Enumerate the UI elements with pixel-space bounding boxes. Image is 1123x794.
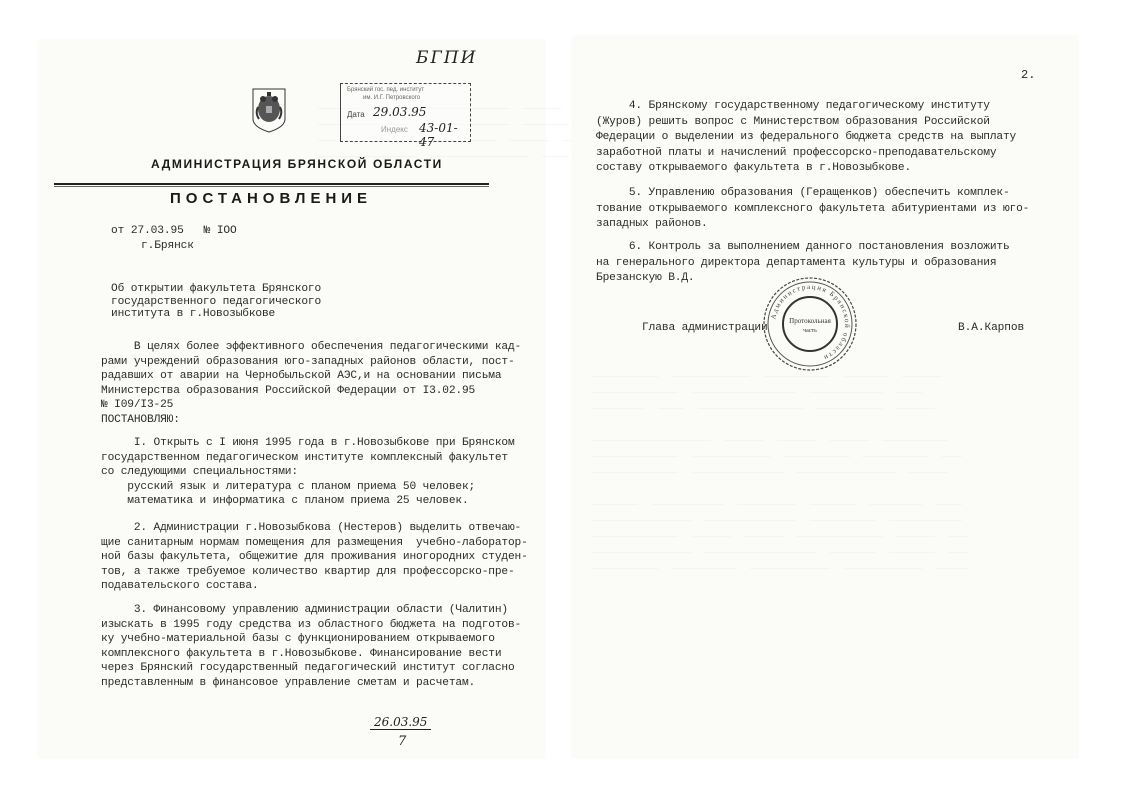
decree-city: г.Брянск [141,240,194,252]
svg-text:Протокольная: Протокольная [789,317,831,325]
official-seal-icon: Администрация Брянской области Протоколь… [762,276,858,372]
header-rule-thin [54,186,489,187]
signatory-name: В.А.Карпов [958,322,1024,334]
registration-index: 43-01-47 [419,121,470,149]
item-4: 4. Брянскому государственному педагогиче… [596,99,1016,177]
document-page-2: __________ ____________ __________ _____… [572,36,1078,758]
item-5: 5. Управлению образования (Геращенков) о… [596,186,1029,233]
signature-title: Глава администрации [642,322,768,334]
decree-subject: Об открытии факультета Брянского государ… [111,283,321,321]
item-1: I. Открыть с I июня 1995 года в г.Новозы… [101,436,515,509]
header-rule [54,183,489,185]
svg-text:часть: часть [803,328,817,334]
handwritten-number: 7 [398,734,406,749]
registration-stamp: Брянский гос. пед. институт им. И.Г. Пет… [340,83,471,142]
archive-mark: БГПИ [416,48,477,68]
item-3: 3. Финансовому управлению администрации … [101,603,521,691]
registration-date: 29.03.95 [373,105,426,119]
page-number: 2. [1021,68,1035,82]
preamble: В целях более эффективного обеспечения п… [101,340,521,428]
bleed-through-text: __________ ____________ __________ _____… [592,366,968,574]
item-2: 2. Администрации г.Новозыбкова (Нестеров… [101,521,528,594]
coat-of-arms-icon [251,87,287,133]
issuer-heading: АДМИНИСТРАЦИЯ БРЯНСКОЙ ОБЛАСТИ [151,157,443,171]
document-type-heading: ПОСТАНОВЛЕНИЕ [170,190,372,207]
handwritten-date: 26.03.95 [370,715,431,730]
decree-date-number: от 27.03.95 № IOO [111,225,237,237]
document-page-1: _______ ____________________ ______ ____… [38,40,545,758]
